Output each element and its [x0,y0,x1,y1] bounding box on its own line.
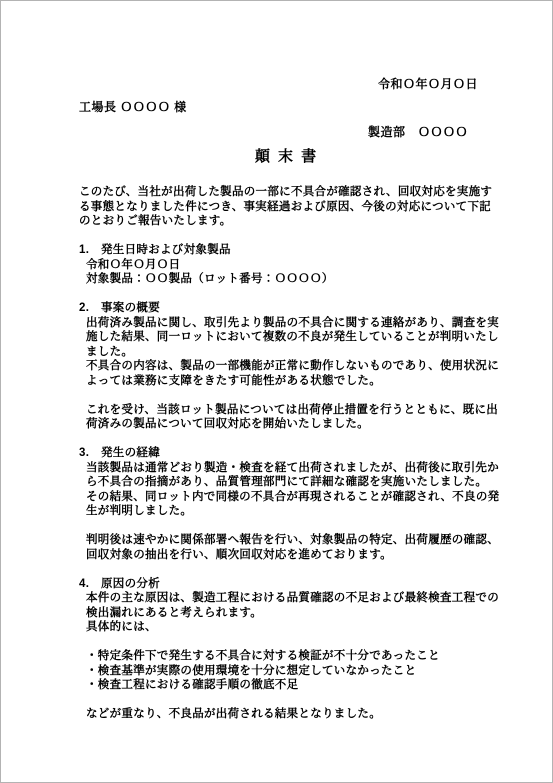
section: 2. 事案の概要出荷済み製品に関し、取引先より製品の不具合に関する連絡があり、調… [79,301,494,432]
text-line: ました。 [86,345,494,360]
document-page: 令和Ｏ年Ｏ月Ｏ日 工場長 ＯＯＯＯ 様 製造部 ＯＯＯＯ 顛 末 書 このたび、… [0,0,553,783]
text-line: 検出漏れにあると考えられます。 [86,606,494,621]
text-line: 回収対象の抽出を行い、順次回収対応を進めております。 [86,548,494,563]
text-line: などが重なり、不良品が出荷される結果となりました。 [86,707,494,722]
intro-line: る事態となりました件につき、事実経過および原因、今後の対応について下記 [79,200,494,215]
paragraph-block: 令和Ｏ年Ｏ月Ｏ日対象製品：ＯＯ製品（ロット番号：ＯＯＯＯ） [79,258,494,287]
text-line: 判明後は速やかに関係部署へ報告を行い、対象製品の特定、出荷履歴の確認、 [86,533,494,548]
paragraph-block: 判明後は速やかに関係部署へ報告を行い、対象製品の特定、出荷履歴の確認、回収対象の… [79,533,494,562]
paragraph-block: これを受け、当該ロット製品については出荷停止措置を行うとともに、既に出荷済みの製… [79,403,494,432]
paragraph-block: 本件の主な原因は、製造工程における品質確認の不足および最終検査工程での検出漏れに… [79,591,494,635]
recipient-line: 工場長 ＯＯＯＯ 様 [79,100,494,114]
paragraph-block: 当該製品は通常どおり製造・検査を経て出荷されましたが、出荷後に取引先から不具合の… [79,461,494,519]
section: 4. 原因の分析本件の主な原因は、製造工程における品質確認の不足および最終検査工… [79,577,494,722]
text-line: ・特定条件下で発生する不具合に対する検証が不十分であったこと [86,649,494,664]
text-line: 不具合の内容は、製品の一部機能が正常に動作しないものであり、使用状況に [86,359,494,374]
text-line: ・検査基準が実際の使用環境を十分に想定していなかったこと [86,664,494,679]
text-line: 当該製品は通常どおり製造・検査を経て出荷されましたが、出荷後に取引先か [86,461,494,476]
text-line: 本件の主な原因は、製造工程における品質確認の不足および最終検査工程での [86,591,494,606]
text-line: 出荷済み製品に関し、取引先より製品の不具合に関する連絡があり、調査を実 [86,316,494,331]
sections-container: 1. 発生日時および対象製品令和Ｏ年Ｏ月Ｏ日対象製品：ＯＯ製品（ロット番号：ＯＯ… [79,243,494,722]
text-line: 生が判明しました。 [86,504,494,519]
intro-line: このたび、当社が出荷した製品の一部に不具合が確認され、回収対応を実施す [79,185,494,200]
section-heading: 1. 発生日時および対象製品 [79,243,494,258]
text-line: 令和Ｏ年Ｏ月Ｏ日 [86,258,494,273]
intro-line: のとおりご報告いたします。 [79,214,494,229]
document-title: 顛 末 書 [79,148,494,166]
intro-paragraph: このたび、当社が出荷した製品の一部に不具合が確認され、回収対応を実施する事態とな… [79,185,494,229]
paragraph-block: などが重なり、不良品が出荷される結果となりました。 [79,707,494,722]
text-line: 具体的には、 [86,620,494,635]
text-line: これを受け、当該ロット製品については出荷停止措置を行うとともに、既に出 [86,403,494,418]
text-line: その結果、同ロット内で同様の不具合が再現されることが確認され、不良の発 [86,490,494,505]
section: 3. 発生の経緯当該製品は通常どおり製造・検査を経て出荷されましたが、出荷後に取… [79,446,494,562]
text-line: 荷済みの製品について回収対応を開始いたしました。 [86,417,494,432]
date-line: 令和Ｏ年Ｏ月Ｏ日 [79,77,494,91]
section-heading: 2. 事案の概要 [79,301,494,316]
text-line: ・検査工程における確認手順の徹底不足 [86,678,494,693]
section-heading: 4. 原因の分析 [79,577,494,592]
text-line: よっては業務に支障をきたす可能性がある状態でした。 [86,374,494,389]
text-line: ら不具合の指摘があり、品質管理部門にて詳細な確認を実施いたしました。 [86,475,494,490]
paragraph-block: 出荷済み製品に関し、取引先より製品の不具合に関する連絡があり、調査を実施した結果… [79,316,494,389]
text-line: 対象製品：ＯＯ製品（ロット番号：ＯＯＯＯ） [86,272,494,287]
section: 1. 発生日時および対象製品令和Ｏ年Ｏ月Ｏ日対象製品：ＯＯ製品（ロット番号：ＯＯ… [79,243,494,287]
text-line: 施した結果、同一ロットにおいて複数の不良が発生していることが判明いたし [86,330,494,345]
section-heading: 3. 発生の経緯 [79,446,494,461]
sender-line: 製造部 ＯＯＯＯ [79,125,494,139]
paragraph-block: ・特定条件下で発生する不具合に対する検証が不十分であったこと・検査基準が実際の使… [79,649,494,693]
